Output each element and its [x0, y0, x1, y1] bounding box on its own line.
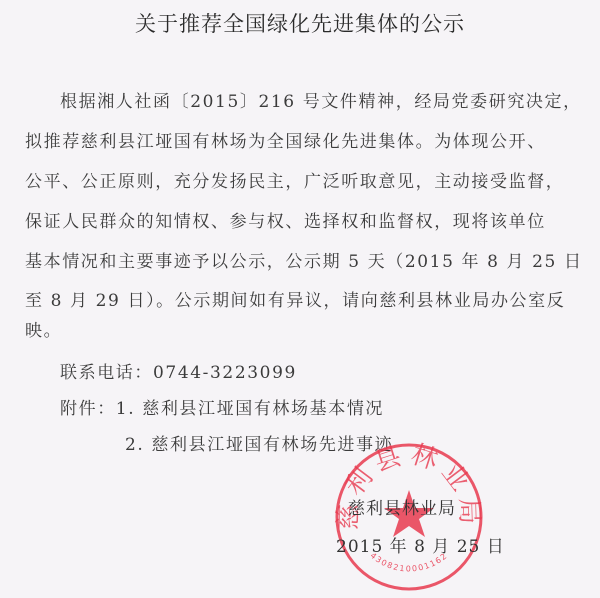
attachment-1: 附件：1. 慈利县江垭国有林场基本情况: [60, 394, 384, 419]
body-line-1: 根据湘人社函〔2015〕216 号文件精神，经局党委研究决定，: [60, 87, 582, 112]
body-line-5: 基本情况和主要事迹予以公示，公示期 5 天（2015 年 8 月 25 日: [25, 247, 583, 272]
body-line-6: 至 8 月 29 日）。公示期间如有异议，请向慈利县林业局办公室反: [25, 286, 565, 311]
signature-organization: 慈利县林业局: [348, 494, 456, 519]
signature-date: 2015 年 8 月 25 日: [336, 532, 505, 557]
body-line-7: 映。: [25, 316, 62, 341]
document-title: 关于推荐全国绿化先进集体的公示: [0, 8, 600, 38]
contact-phone: 联系电话：0744-3223099: [60, 358, 297, 383]
body-line-3: 公平、公正原则，充分发扬民主，广泛听取意见，主动接受监督，: [25, 167, 564, 192]
body-line-2: 拟推荐慈利县江垭国有林场为全国绿化先进集体。为体现公开、: [25, 127, 546, 152]
body-line-4: 保证人民群众的知情权、参与权、选择权和监督权，现将该单位: [25, 207, 546, 232]
